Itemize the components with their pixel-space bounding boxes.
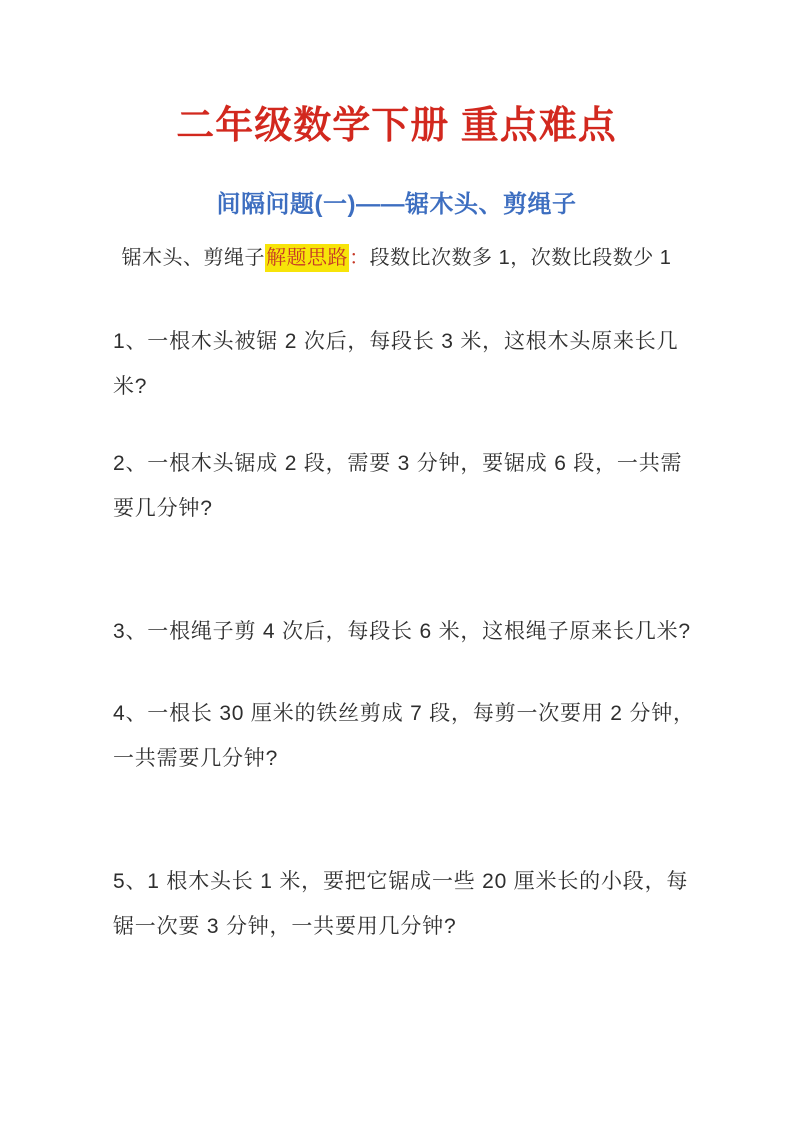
question-line: 锯一次要 3 分钟，一共要用几分钟? xyxy=(113,904,693,949)
question-line: 米? xyxy=(113,364,693,409)
question-line: 5、1 根木头长 1 米，要把它锯成一些 20 厘米长的小段，每 xyxy=(113,859,693,904)
solution-note-text: 段数比次数多 1，次数比段数少 1 xyxy=(370,247,672,269)
page-title: 二年级数学下册 重点难点 xyxy=(0,0,793,148)
section-subtitle: 间隔问题(一)——锯木头、剪绳子 xyxy=(0,190,793,220)
question-line: 1、一根木头被锯 2 次后，每段长 3 米，这根木头原来长几 xyxy=(113,319,693,364)
solution-note: 锯木头、剪绳子解题思路：段数比次数多 1，次数比段数少 1 xyxy=(0,243,793,273)
question-line: 2、一根木头锯成 2 段，需要 3 分钟，要锯成 6 段，一共需 xyxy=(113,441,693,486)
question-4: 4、一根长 30 厘米的铁丝剪成 7 段，每剪一次要用 2 分钟， 一共需要几分… xyxy=(113,691,693,781)
question-line: 要几分钟? xyxy=(113,486,693,531)
question-list: 1、一根木头被锯 2 次后，每段长 3 米，这根木头原来长几 米? 2、一根木头… xyxy=(113,319,693,949)
question-line: 4、一根长 30 厘米的铁丝剪成 7 段，每剪一次要用 2 分钟， xyxy=(113,691,693,736)
question-line: 一共需要几分钟? xyxy=(113,736,693,781)
question-3: 3、一根绳子剪 4 次后，每段长 6 米，这根绳子原来长几米? xyxy=(113,609,693,654)
question-line: 3、一根绳子剪 4 次后，每段长 6 米，这根绳子原来长几米? xyxy=(113,609,693,654)
solution-note-prefix: 锯木头、剪绳子 xyxy=(122,247,266,269)
worksheet-page: 二年级数学下册 重点难点 间隔问题(一)——锯木头、剪绳子 锯木头、剪绳子解题思… xyxy=(0,0,793,1121)
solution-note-highlight: 解题思路 xyxy=(265,244,349,272)
question-2: 2、一根木头锯成 2 段，需要 3 分钟，要锯成 6 段，一共需 要几分钟? xyxy=(113,441,693,531)
question-1: 1、一根木头被锯 2 次后，每段长 3 米，这根木头原来长几 米? xyxy=(113,319,693,409)
question-5: 5、1 根木头长 1 米，要把它锯成一些 20 厘米长的小段，每 锯一次要 3 … xyxy=(113,859,693,949)
solution-note-colon: ： xyxy=(349,247,370,269)
